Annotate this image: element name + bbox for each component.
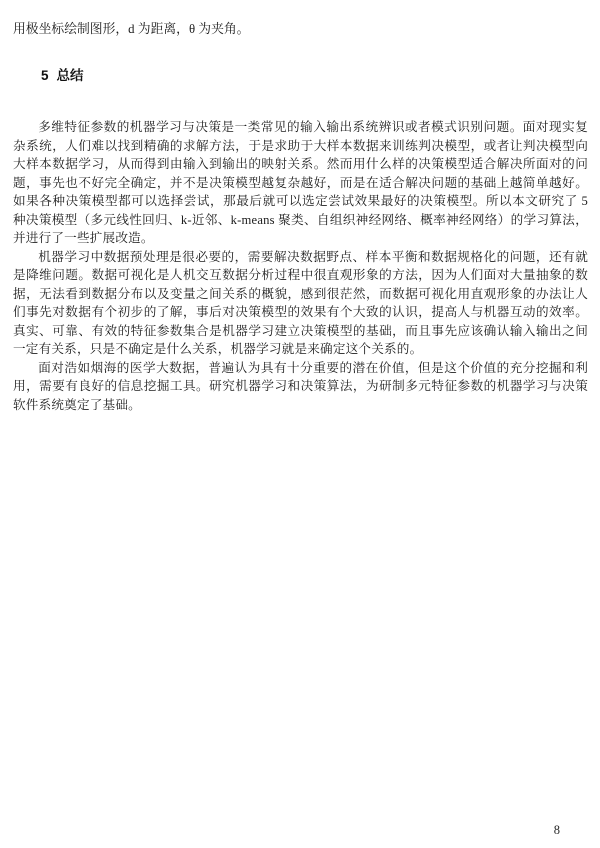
section-body: 多维特征参数的机器学习与决策是一类常见的输入输出系统辨识或者模式识别问题。面对现… [13, 118, 588, 414]
page-footer: 8 [0, 823, 560, 838]
section-heading: 5总结 [13, 67, 588, 85]
continuation-text: 用极坐标绘制图形，d 为距离，θ 为夹角。 [13, 20, 588, 39]
document-page: 用极坐标绘制图形，d 为距离，θ 为夹角。 5总结 多维特征参数的机器学习与决策… [0, 0, 600, 848]
body-paragraph: 面对浩如烟海的医学大数据，普遍认为具有十分重要的潜在价值，但是这个价值的充分挖掘… [13, 359, 588, 415]
body-paragraph: 机器学习中数据预处理是很必要的，需要解决数据野点、样本平衡和数据规格化的问题，还… [13, 248, 588, 359]
section-number: 5 [41, 68, 49, 83]
page-number: 8 [554, 823, 560, 837]
section-title: 总结 [57, 68, 84, 83]
body-paragraph: 多维特征参数的机器学习与决策是一类常见的输入输出系统辨识或者模式识别问题。面对现… [13, 118, 588, 248]
